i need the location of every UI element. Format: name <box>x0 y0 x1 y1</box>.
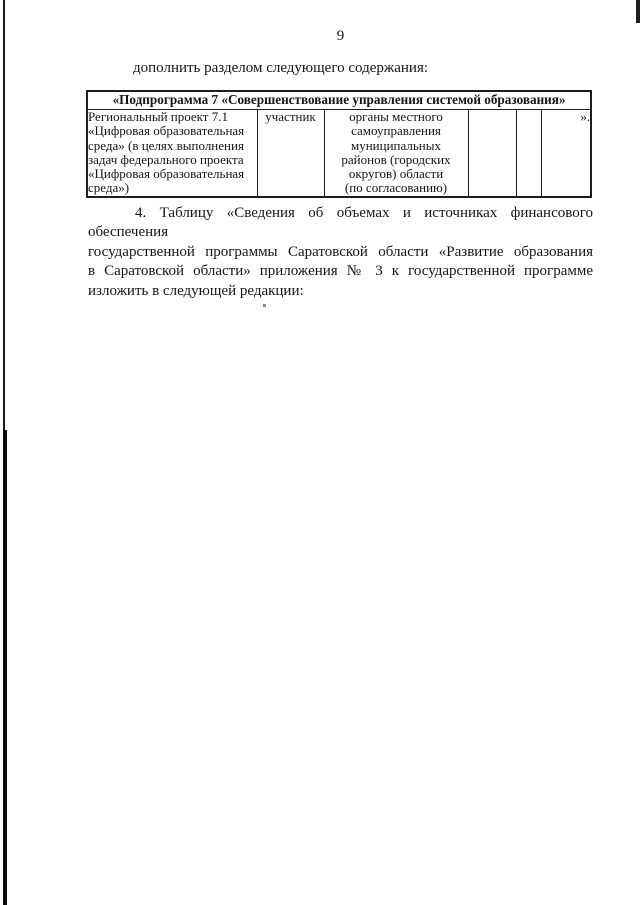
scan-artifact-speckle <box>263 304 266 307</box>
table-header-row: «Подпрограмма 7 «Совершенствование управ… <box>87 91 591 110</box>
empty-cell-1 <box>468 110 516 198</box>
scanned-document-page: 9 дополнить разделом следующего содержан… <box>0 0 640 905</box>
executor-cell: органы местного самоуправления муниципал… <box>324 110 468 198</box>
scan-artifact-top-right-mark <box>636 0 640 23</box>
scan-artifact-left-line-thick <box>3 430 7 905</box>
role-cell: участник <box>257 110 324 198</box>
paragraph-4-line-1: 4. Таблицу «Сведения об объемах и источн… <box>88 204 593 243</box>
table-body-row: Региональный проект 7.1 «Цифровая образо… <box>87 110 591 198</box>
paragraph-4-line-2: государственной программы Саратовской об… <box>88 243 593 262</box>
paragraph-4: 4. Таблицу «Сведения об объемах и источн… <box>88 204 593 301</box>
closing-quote-cell: ». <box>541 110 591 198</box>
page-number: 9 <box>88 28 593 45</box>
table-header-cell: «Подпрограмма 7 «Совершенствование управ… <box>87 91 591 110</box>
paragraph-4-line-4: изложить в следующей редакции: <box>88 282 593 301</box>
paragraph-4-line-3: в Саратовской области» приложения № 3 к … <box>88 262 593 281</box>
subprogram-7-table: «Подпрограмма 7 «Совершенствование управ… <box>86 90 592 198</box>
intro-paragraph: дополнить разделом следующего содержания… <box>133 60 428 77</box>
project-name-cell: Региональный проект 7.1 «Цифровая образо… <box>87 110 257 198</box>
empty-cell-2 <box>516 110 541 198</box>
